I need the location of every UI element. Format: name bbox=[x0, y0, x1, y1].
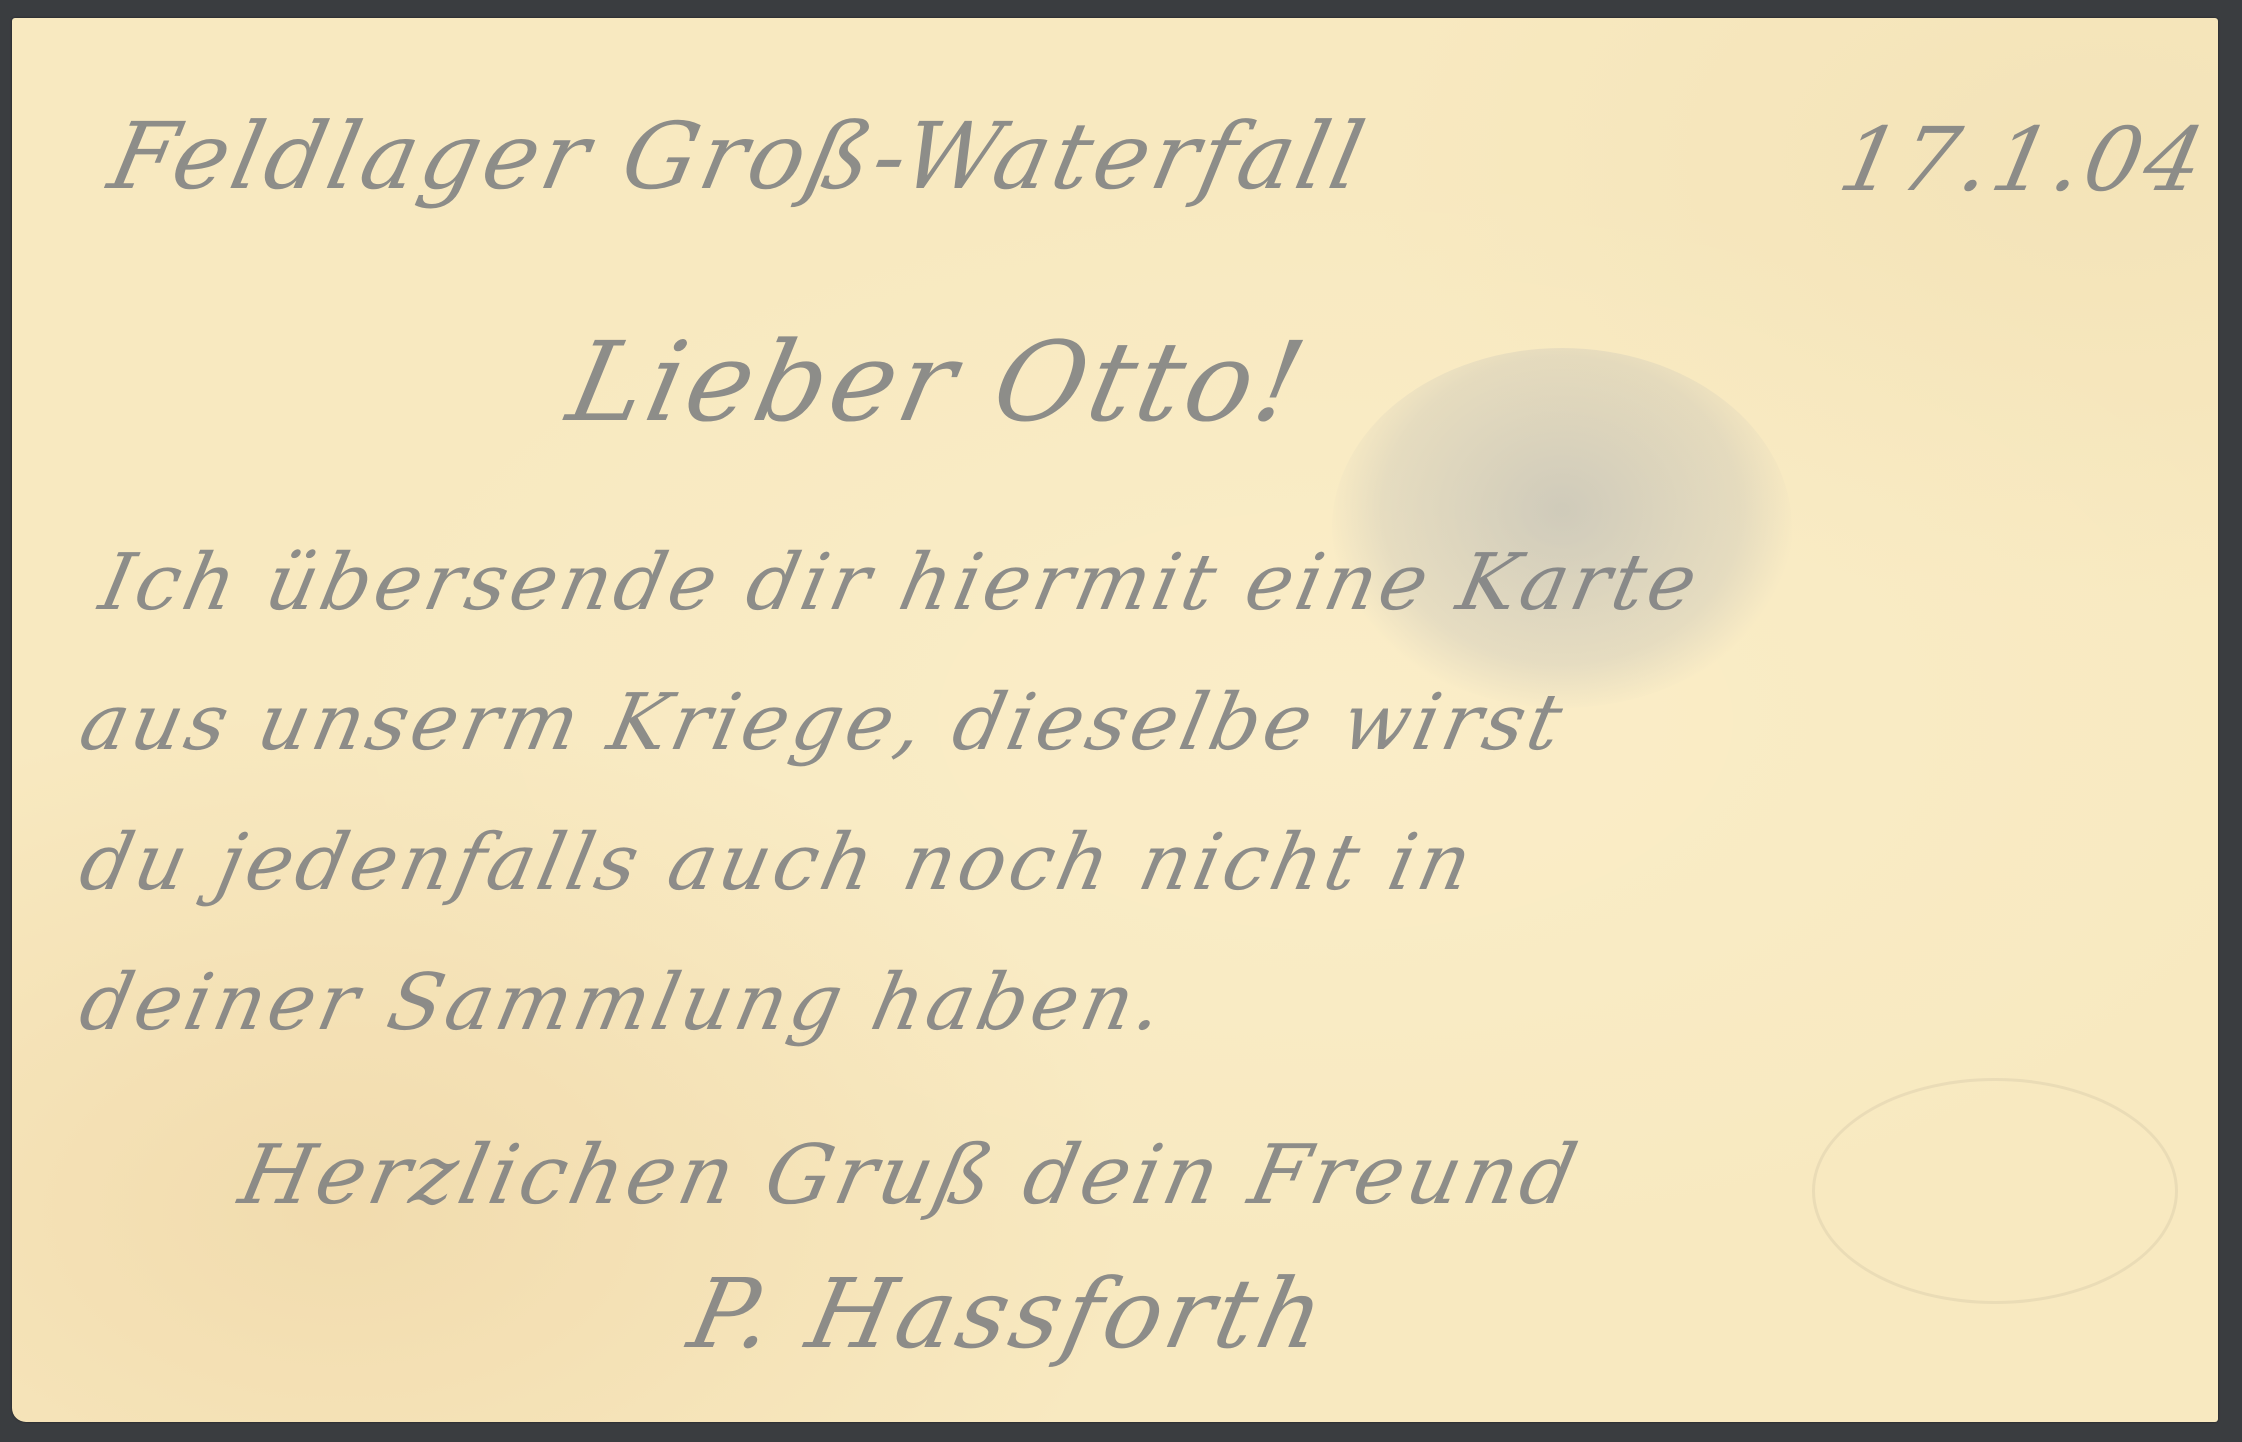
signature: P. Hassforth bbox=[680, 1258, 1337, 1370]
salutation: Lieber Otto! bbox=[558, 318, 1319, 446]
body-line: deiner Sammlung haben. bbox=[72, 958, 1175, 1048]
body-line: Ich übersende dir hiermit eine Karte bbox=[92, 538, 1708, 628]
header-place: Feldlager Groß-Waterfall bbox=[101, 103, 1377, 210]
closing-greeting: Herzlichen Gruß dein Freund bbox=[232, 1128, 1588, 1223]
postcard: Feldlager Groß-Waterfall 17.1.04 Lieber … bbox=[12, 18, 2218, 1422]
body-line: aus unserm Kriege, dieselbe wirst bbox=[72, 678, 1573, 768]
postmark-stamp-smudge bbox=[1332, 348, 1792, 708]
scan-background: Feldlager Groß-Waterfall 17.1.04 Lieber … bbox=[0, 0, 2242, 1442]
body-line: du jedenfalls auch noch nicht in bbox=[72, 818, 1483, 908]
faint-postmark-circle bbox=[1812, 1078, 2178, 1304]
header-date: 17.1.04 bbox=[1831, 108, 2217, 211]
